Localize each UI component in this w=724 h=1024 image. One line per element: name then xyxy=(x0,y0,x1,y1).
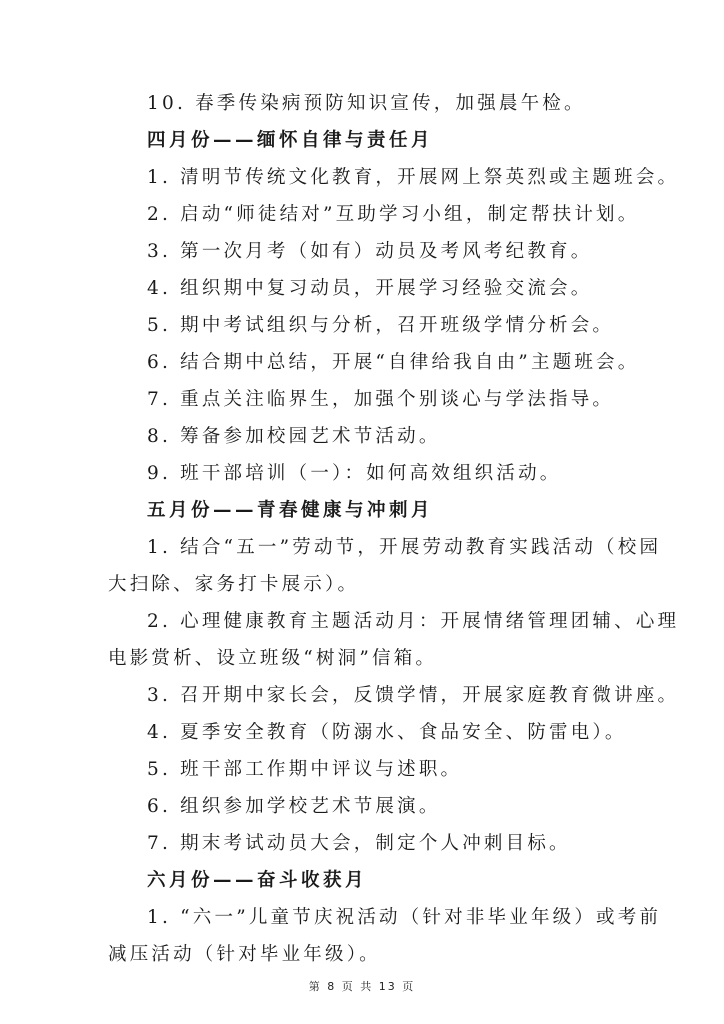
list-item: 1. 清明节传统文化教育，开展网上祭英烈或主题班会。 xyxy=(147,166,679,190)
section-heading-april: 四月份——缅怀自律与责任月 xyxy=(147,129,433,153)
list-item: 4. 组织期中复习动员，开展学习经验交流会。 xyxy=(147,277,592,301)
list-item: 1. 结合“五一”劳动节，开展劳动教育实践活动（校园 xyxy=(147,536,661,560)
list-item: 7. 期末考试动员大会，制定个人冲刺目标。 xyxy=(147,832,571,856)
page-number-footer: 第 8 页 共 13 页 xyxy=(0,978,724,994)
list-item-continuation: 大扫除、家务打卡展示）。 xyxy=(108,573,359,597)
list-item: 4. 夏季安全教育（防溺水、食品安全、防雷电）。 xyxy=(147,721,627,745)
list-item: 10. 春季传染病预防知识宣传，加强晨午检。 xyxy=(147,92,586,116)
list-item-continuation: 减压活动（针对毕业年级）。 xyxy=(108,943,381,967)
list-item-continuation: 电影赏析、设立班级“树洞”信箱。 xyxy=(108,647,437,671)
list-item: 2. 启动“师徒结对”互助学习小组，制定帮扶计划。 xyxy=(147,203,639,227)
list-item: 6. 组织参加学校艺术节展演。 xyxy=(147,795,441,819)
list-item: 3. 第一次月考（如有）动员及考风考纪教育。 xyxy=(147,240,592,264)
section-heading-may: 五月份——青春健康与冲刺月 xyxy=(147,499,433,523)
list-item: 3. 召开期中家长会，反馈学情，开展家庭教育微讲座。 xyxy=(147,684,679,708)
document-page: 10. 春季传染病预防知识宣传，加强晨午检。 四月份——缅怀自律与责任月 1. … xyxy=(0,0,724,1024)
list-item: 8. 筹备参加校园艺术节活动。 xyxy=(147,425,441,449)
list-item: 5. 班干部工作期中评议与述职。 xyxy=(147,758,462,782)
list-item: 7. 重点关注临界生，加强个别谈心与学法指导。 xyxy=(147,388,614,412)
list-item: 9. 班干部培训（一）：如何高效组织活动。 xyxy=(147,462,561,486)
list-item: 2. 心理健康教育主题活动月：开展情绪管理团辅、心理 xyxy=(147,610,679,634)
list-item: 1. “六一”儿童节庆祝活动（针对非毕业年级）或考前 xyxy=(147,906,661,930)
section-heading-june: 六月份——奋斗收获月 xyxy=(147,869,367,893)
list-item: 6. 结合期中总结，开展“自律给我自由”主题班会。 xyxy=(147,351,639,375)
list-item: 5. 期中考试组织与分析，召开班级学情分析会。 xyxy=(147,314,614,338)
